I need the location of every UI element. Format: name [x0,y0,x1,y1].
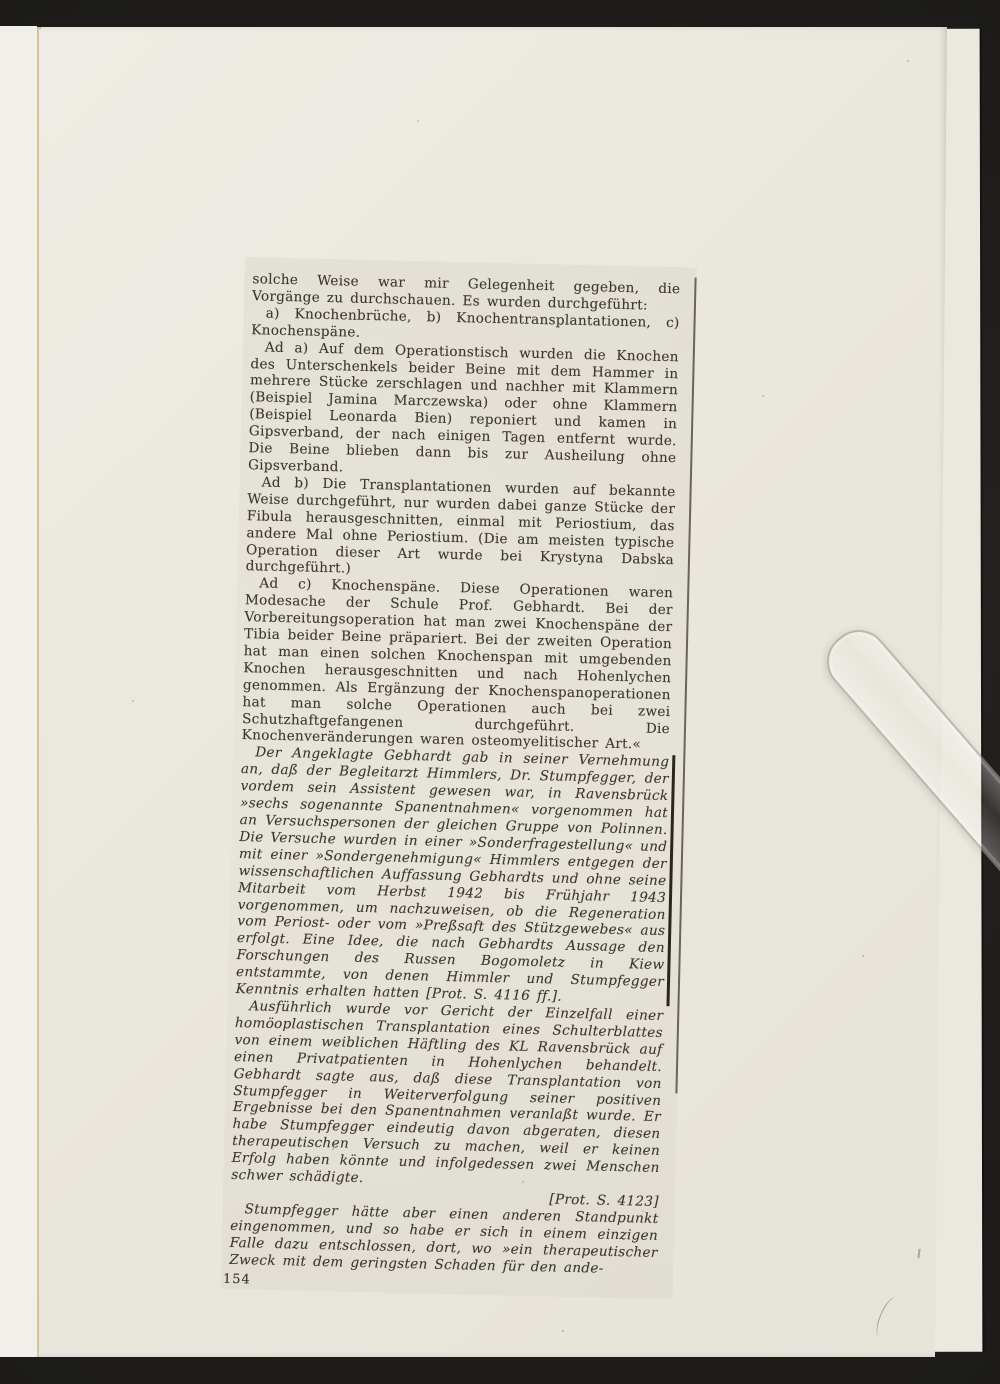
para-ad-c: Ad c) Knochenspäne. Diese Operationen wa… [242,575,674,754]
facsimile-edge-rule [675,278,696,1094]
pencil-scratch [872,1293,905,1340]
facsimile-text-block: solche Weise war mir Gelegenheit gegeben… [221,257,697,1300]
facing-page-edge [0,26,37,1357]
para-commentary-gebhardt: Der Angeklagte Gebhardt gab in seiner Ve… [236,744,670,1008]
para-stumpfegger-standpunkt: Stumpfegger hätte aber einen anderen Sta… [229,1201,658,1279]
para-ad-a: Ad a) Auf dem Operationstisch wurden die… [248,339,679,484]
book-page: solche Weise war mir Gelegenheit gegeben… [37,27,947,1357]
para-ad-b: Ad b) Die Transplantationen wurden auf b… [245,474,675,585]
paper-specks [39,27,41,29]
para-commentary-transplantation: Ausführlich wurde vor Gericht der Einzel… [231,998,663,1194]
pencil-mark [917,1249,920,1258]
film-background: solche Weise war mir Gelegenheit gegeben… [0,0,1000,1384]
